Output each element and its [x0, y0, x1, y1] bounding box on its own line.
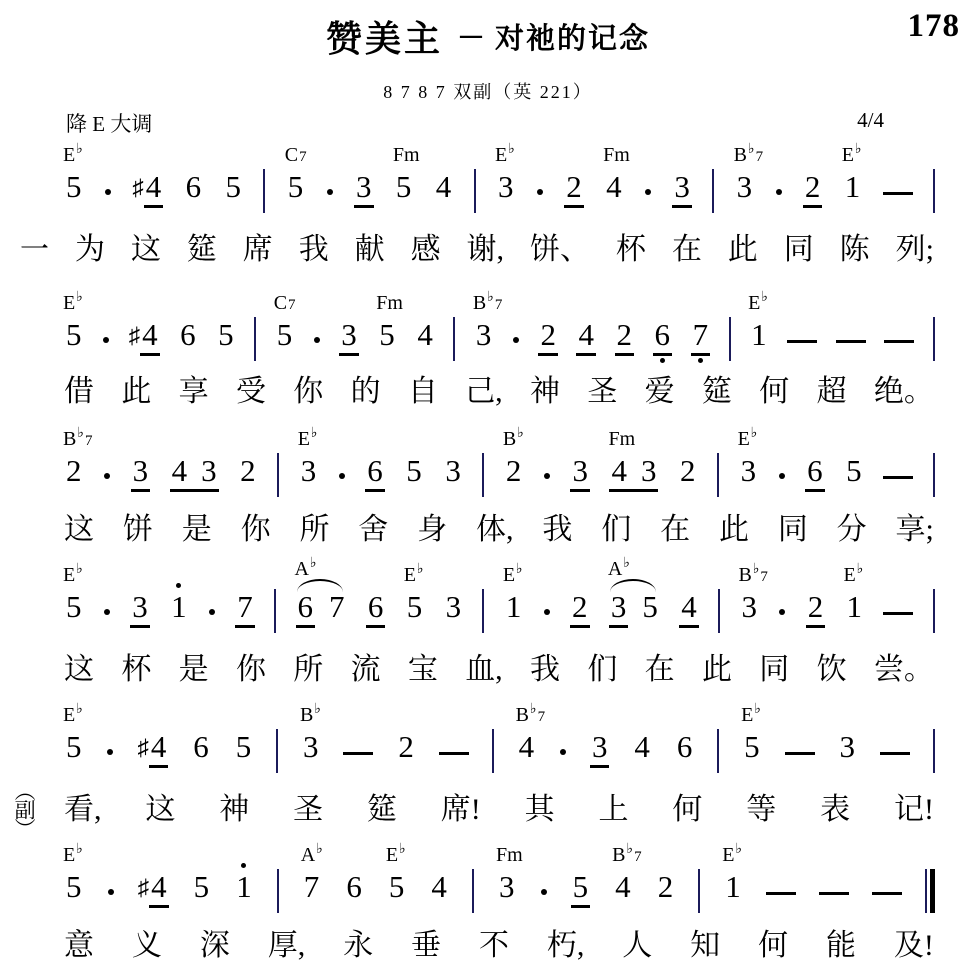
note-digit: 6 [366, 590, 386, 628]
bar-stroke [277, 453, 279, 497]
lyric-char: 我 [530, 652, 560, 688]
note: B♭3 [301, 728, 321, 768]
lyric-char: 的 [351, 374, 381, 410]
note: 6 [191, 728, 211, 768]
note-digit: 3 [474, 318, 494, 356]
note: E♭1 [843, 168, 863, 208]
barline [453, 316, 455, 356]
chord-label: B♭7 [516, 705, 545, 725]
note: 2 [803, 168, 823, 208]
note: 6 [675, 728, 695, 768]
note: Fm3 [497, 868, 517, 908]
note-digit: 1 [845, 590, 865, 628]
sustain-dash [785, 728, 815, 768]
note-digit: 5 [404, 454, 424, 492]
note-digit: 2 [504, 454, 524, 492]
chord-label: B♭ [503, 429, 524, 449]
sharp-icon: ♯ [137, 736, 149, 759]
note-digit: 5 [64, 730, 84, 768]
lyric-line: 这杯是你所流宝血,我们在此同饮尝。 [64, 652, 934, 688]
lyric-char: 这 [64, 652, 94, 688]
dash-glyph [343, 752, 373, 755]
barline [472, 868, 474, 908]
title-bar: 赞美主 － 对祂的记念 [0, 12, 976, 60]
bar-stroke-thick [930, 869, 935, 913]
duration-dot [338, 452, 346, 492]
music-line: E♭5♯465B♭32B♭74346E♭53 [64, 698, 935, 768]
duration-dot [104, 168, 112, 208]
dot-glyph [776, 189, 782, 195]
chord-label: E♭ [63, 145, 83, 165]
note-digit: 4 [604, 170, 624, 208]
note: 3 [444, 588, 464, 628]
note-digit: 5 [224, 170, 244, 208]
note-digit: 7 [302, 870, 322, 908]
dash-glyph [766, 892, 796, 895]
chord-label: C7 [285, 145, 307, 165]
chord-label: E♭ [63, 565, 83, 585]
bar-stroke [933, 453, 935, 497]
lyric-char: 舍 [358, 512, 388, 548]
note: 6 [184, 168, 204, 208]
duration-dot [536, 168, 544, 208]
note-digit: 4 [611, 454, 627, 488]
music-line: B♭723432E♭3653B♭23Fm432E♭365 [64, 422, 935, 492]
note: B♭74 [517, 728, 537, 768]
flat-icon: ♭ [857, 562, 864, 577]
lyric-char: 所 [293, 652, 323, 688]
duration-dot [106, 728, 114, 768]
dot-glyph [537, 189, 543, 195]
chord-label: E♭ [63, 705, 83, 725]
chord-label: E♭ [298, 429, 318, 449]
duration-dot [644, 168, 652, 208]
bar-stroke [482, 453, 484, 497]
dot-glyph [513, 337, 519, 343]
chord-label: E♭ [63, 293, 83, 313]
lyric-char: 同 [759, 652, 789, 688]
note-digit: 6 [296, 590, 316, 628]
note-digit: 5 [286, 170, 306, 208]
note-digit: 5 [64, 870, 84, 908]
flat-icon: ♭ [623, 556, 630, 571]
lyric-char: 们 [587, 652, 617, 688]
bar-stroke [933, 317, 935, 361]
lyric-char: 饮 [817, 652, 847, 688]
dot-glyph [314, 337, 320, 343]
note-digit: 3 [838, 730, 858, 768]
lyric-char: 看, [64, 792, 102, 828]
note: 6 [653, 316, 673, 356]
refrain-mark: （副） [12, 780, 35, 837]
duration-dot [778, 588, 786, 628]
note: E♭3 [496, 168, 516, 208]
note-digit: 2 [238, 454, 258, 492]
sharp-icon: ♯ [129, 324, 141, 347]
dash-glyph [836, 340, 866, 343]
flat-icon: ♭ [627, 842, 634, 857]
flat-icon: ♭ [736, 842, 743, 857]
lyric-char: 深 [200, 928, 230, 964]
note: B♭2 [504, 452, 524, 492]
dash-glyph [785, 752, 815, 755]
barline [718, 588, 720, 628]
sustain-dash [883, 168, 913, 208]
beam-group: Fm43 [609, 452, 658, 492]
chord-label: E♭ [738, 429, 758, 449]
note: ♯4 [138, 868, 169, 908]
note-digit: 3 [570, 454, 590, 492]
chord-label: E♭ [748, 293, 768, 313]
lyric-char: 这 [64, 512, 94, 548]
dot-glyph [779, 473, 785, 479]
flat-icon: ♭ [754, 702, 761, 717]
lyric-char: 体, [476, 512, 514, 548]
note-digit: 2 [64, 454, 84, 492]
note: 1 [169, 588, 189, 628]
note-digit: 3 [739, 590, 759, 628]
lyric-char: 筵 [367, 792, 397, 828]
bar-stroke [263, 169, 265, 213]
lyric-char: 此 [719, 512, 749, 548]
lyric-char: 表 [820, 792, 850, 828]
lyric-char: 己, [465, 374, 503, 410]
dot-glyph [104, 473, 110, 479]
lyric-char: 意 [64, 928, 94, 964]
sustain-dash [884, 316, 914, 356]
lyric-char: 同 [778, 512, 808, 548]
lyric-char: 厚, [268, 928, 306, 964]
bar-stroke [925, 869, 927, 913]
lyric-char: 筵 [702, 374, 732, 410]
bar-stroke [698, 869, 700, 913]
note: E♭3 [299, 452, 319, 492]
note-digit: 4 [576, 318, 596, 356]
lyric-char: 借 [64, 374, 94, 410]
note-digit: 3 [354, 170, 374, 208]
note-digit: 3 [444, 590, 464, 628]
duration-dot [543, 452, 551, 492]
note: E♭5 [64, 168, 84, 208]
lyric-line: 一为这筵席我献感谢,饼、杯在此同陈列; [20, 232, 934, 268]
note: E♭5 [64, 728, 84, 768]
lyric-char: 享; [896, 512, 934, 548]
sustain-dash [880, 728, 910, 768]
lyric-char: 上 [599, 792, 629, 828]
flat-icon: ♭ [753, 562, 760, 577]
note-digit: 4 [434, 170, 454, 208]
note: 7 [235, 588, 255, 628]
lyric-char: 神 [219, 792, 249, 828]
note: 4 [632, 728, 652, 768]
lyric-char: 爱 [645, 374, 675, 410]
note: E♭5 [742, 728, 762, 768]
flat-icon: ♭ [751, 426, 758, 441]
flat-icon: ♭ [516, 562, 523, 577]
note-digit: 3 [201, 454, 217, 488]
lyric-char: 在 [660, 512, 690, 548]
duration-dot [775, 168, 783, 208]
note: B♭73 [739, 588, 759, 628]
note-digit: 2 [564, 170, 584, 208]
note: 6 [805, 452, 825, 492]
note-digit: 3 [497, 870, 517, 908]
chord-label: E♭ [63, 845, 83, 865]
duration-dot [326, 168, 334, 208]
flat-icon: ♭ [316, 842, 323, 857]
note: E♭5 [64, 316, 84, 356]
lyric-char: 人 [622, 928, 652, 964]
flat-icon: ♭ [76, 142, 83, 157]
bar-stroke [717, 453, 719, 497]
sustain-dash [766, 868, 796, 908]
barline [277, 452, 279, 492]
lyric-char: 我 [299, 232, 329, 268]
note-digit: 5 [64, 590, 84, 628]
lyric-char: 何 [758, 928, 788, 964]
note: 2 [806, 588, 826, 628]
lyric-char: 宝 [408, 652, 438, 688]
lyric-char: 及! [894, 928, 934, 964]
barline [729, 316, 731, 356]
duration-dot [313, 316, 321, 356]
bar-stroke [277, 869, 279, 913]
note-digit: 5 [742, 730, 762, 768]
note-digit: 5 [571, 870, 591, 908]
note-digit: 1 [169, 590, 189, 628]
lyric-char: 献 [355, 232, 385, 268]
dot-glyph [108, 889, 114, 895]
lyric-char: 尝。 [874, 652, 934, 688]
note: 5 [234, 728, 254, 768]
note: 4 [576, 316, 596, 356]
note-digit: 2 [806, 590, 826, 628]
note: 3 [354, 168, 374, 208]
note: ♯4 [129, 316, 160, 356]
note: 6 [178, 316, 198, 356]
note-digit: 3 [641, 454, 657, 488]
note: 5 [192, 868, 212, 908]
lyric-char: 你 [293, 374, 323, 410]
note: 2 [396, 728, 416, 768]
flat-icon: ♭ [530, 702, 537, 717]
chord-label: E♭ [386, 845, 406, 865]
lyric-line: 这饼是你所舍身体,我们在此同分享; [64, 512, 934, 548]
note: 3 [443, 452, 463, 492]
note-digit: 6 [805, 454, 825, 492]
meter-info: 8 7 8 7 双副（英 221） [0, 78, 976, 100]
note-digit: 3 [301, 730, 321, 768]
note: 3 [672, 168, 692, 208]
note: Fm5 [394, 168, 414, 208]
chord-label: E♭ [741, 705, 761, 725]
flat-icon: ♭ [311, 426, 318, 441]
note: C75 [286, 168, 306, 208]
note: 5 [404, 452, 424, 492]
duration-dot [778, 452, 786, 492]
barline [263, 168, 265, 208]
duration-dot [208, 588, 216, 628]
note: E♭1 [845, 588, 865, 628]
bar-stroke [933, 589, 935, 633]
note-digit: 6 [653, 318, 673, 356]
note-digit: 1 [723, 870, 743, 908]
hymn-sheet-page: 178 赞美主 － 对祂的记念 8 7 8 7 双副（英 221） 降 E 大调… [0, 0, 976, 976]
lyric-line: （副）看,这神圣筵席!其上何等表记! [64, 792, 934, 828]
note: 7 [691, 316, 711, 356]
note: 5 [216, 316, 236, 356]
lyric-char: 流 [351, 652, 381, 688]
lyric-char: 杯 [616, 232, 646, 268]
note-digit: 5 [216, 318, 236, 356]
bar-stroke [717, 729, 719, 773]
note: E♭5 [64, 588, 84, 628]
lyric-char: 等 [746, 792, 776, 828]
page-title: 赞美主 [326, 11, 443, 62]
note-digit: 4 [149, 730, 169, 768]
bar-stroke [492, 729, 494, 773]
chord-label: A♭ [301, 845, 323, 865]
note-digit: 2 [396, 730, 416, 768]
lyric-char: 知 [690, 928, 720, 964]
duration-dot [103, 452, 111, 492]
lyric-line: 借此享受你的自己,神圣爱筵何超绝。 [64, 374, 934, 410]
music-line: E♭5♯451A♭76E♭54Fm35B♭742E♭1 [64, 838, 935, 908]
note-digit: 4 [613, 870, 633, 908]
barline [254, 316, 256, 356]
note-digit: 3 [443, 454, 463, 492]
note-digit: 3 [496, 170, 516, 208]
chord-label: E♭ [722, 845, 742, 865]
note-digit: 5 [64, 170, 84, 208]
chord-label: Fm [393, 145, 420, 165]
flat-icon: ♭ [76, 562, 83, 577]
flat-icon: ♭ [855, 142, 862, 157]
note-digit: 1 [749, 318, 769, 356]
key-row: 降 E 大调 4/4 [66, 108, 884, 134]
note-digit: 2 [656, 870, 676, 908]
lyric-char: 感 [411, 232, 441, 268]
note-digit: 5 [640, 590, 660, 628]
duration-dot [559, 728, 567, 768]
beamed-notes: 43 [609, 454, 658, 492]
sharp-icon: ♯ [132, 176, 144, 199]
note-digit: 7 [327, 590, 347, 628]
note: 3 [130, 588, 150, 628]
chord-label: E♭ [404, 565, 424, 585]
lyric-char: 这 [131, 232, 161, 268]
note: 4 [679, 588, 699, 628]
chord-label: E♭ [844, 565, 864, 585]
lyric-char: 我 [542, 512, 572, 548]
note-digit: 4 [632, 730, 652, 768]
note-digit: 1 [234, 870, 254, 908]
slur-group: A♭67 [296, 588, 347, 628]
duration-dot [540, 868, 548, 908]
barline [712, 168, 714, 208]
note-digit: 4 [415, 318, 435, 356]
barline [933, 588, 935, 628]
chord-label: B♭7 [734, 145, 763, 165]
note-digit: 4 [140, 318, 160, 356]
note: 2 [615, 316, 635, 356]
lyric-char: 享 [179, 374, 209, 410]
sustain-dash [883, 452, 913, 492]
note: ♯4 [137, 728, 168, 768]
note-digit: 3 [735, 170, 755, 208]
dot-glyph [544, 473, 550, 479]
dot-glyph [339, 473, 345, 479]
barline [933, 452, 935, 492]
lyric-char: 谢, [467, 232, 505, 268]
lyric-line: 意义深厚,永垂不朽,人知何能及! [64, 928, 934, 964]
lyric-char: 为 [75, 232, 105, 268]
lyric-char: 其 [525, 792, 555, 828]
note: 2 [570, 588, 590, 628]
lyric-char: 受 [236, 374, 266, 410]
score-body: E♭5♯465C753Fm54E♭32Fm43B♭732E♭1一为这筵席我献感谢… [0, 138, 976, 964]
hymn-number: 178 [908, 8, 961, 45]
flat-icon: ♭ [76, 702, 83, 717]
note: B♭74 [613, 868, 633, 908]
dot-glyph [327, 189, 333, 195]
note-digit: 5 [844, 454, 864, 492]
bar-stroke [453, 317, 455, 361]
chord-label: E♭ [503, 565, 523, 585]
sharp-icon: ♯ [138, 876, 150, 899]
lyric-char: 杯 [121, 652, 151, 688]
flat-icon: ♭ [310, 556, 317, 571]
dot-glyph [645, 189, 651, 195]
note-digit: 4 [144, 170, 164, 208]
flat-icon: ♭ [417, 562, 424, 577]
lyric-char: 列; [896, 232, 934, 268]
lyric-char: 圣 [587, 374, 617, 410]
lyric-char: 义 [132, 928, 162, 964]
lyric-char: 血, [465, 652, 503, 688]
lyric-char: 圣 [293, 792, 323, 828]
lyric-char: 不 [479, 928, 509, 964]
dash-glyph [787, 340, 817, 343]
note-digit: 5 [275, 318, 295, 356]
note: 2 [564, 168, 584, 208]
bar-stroke [729, 317, 731, 361]
note: 6 [344, 868, 364, 908]
sustain-dash [343, 728, 373, 768]
note: B♭72 [64, 452, 84, 492]
lyric-char: 何 [672, 792, 702, 828]
lyric-char: 绝。 [874, 374, 934, 410]
note-digit: 5 [405, 590, 425, 628]
note: 2 [656, 868, 676, 908]
sustain-dash [872, 868, 902, 908]
chord-label: Fm [376, 293, 403, 313]
barline [482, 588, 484, 628]
lyric-char: 饼、 [530, 232, 590, 268]
note-digit: 2 [615, 318, 635, 356]
note: Fm4 [604, 168, 624, 208]
duration-dot [512, 316, 520, 356]
dot-glyph [560, 749, 566, 755]
bar-stroke [474, 169, 476, 213]
flat-icon: ♭ [399, 842, 406, 857]
lyric-char: 何 [759, 374, 789, 410]
note-digit: 1 [504, 590, 524, 628]
barline [698, 868, 700, 908]
note-digit: 6 [675, 730, 695, 768]
barline [933, 168, 935, 208]
sustain-dash [819, 868, 849, 908]
